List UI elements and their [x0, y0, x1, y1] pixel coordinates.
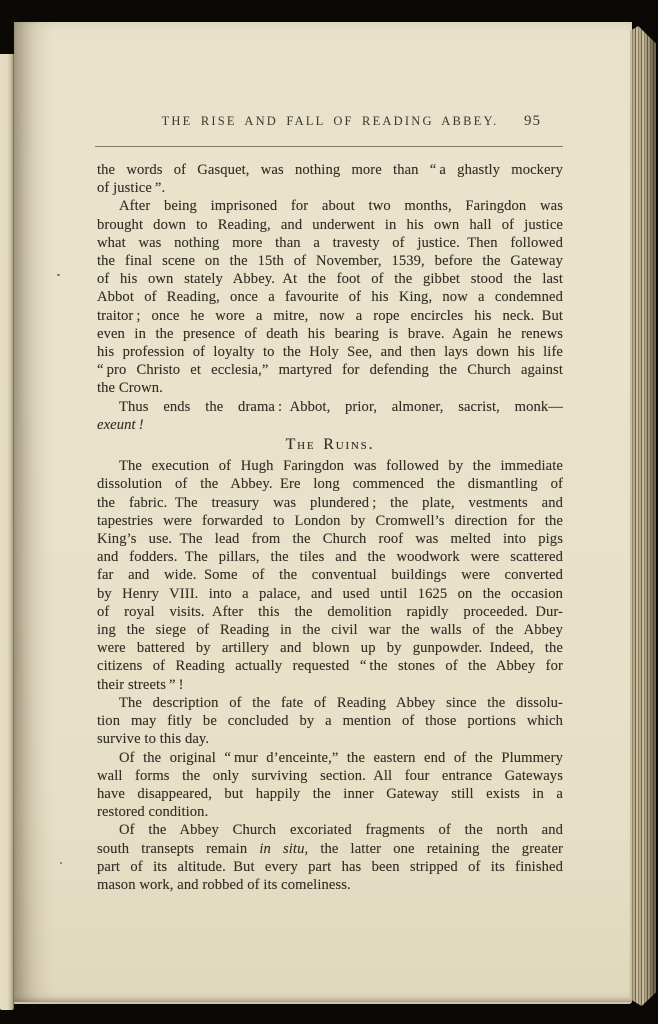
body-text: wall forms the only surviving section. A…	[97, 768, 563, 784]
text-line: even in the presence of death his bearin…	[97, 325, 563, 343]
body-text: citizens of Reading actually requested “…	[97, 658, 563, 674]
text-line: Of the original “ mur d’enceinte,” the e…	[97, 749, 563, 767]
text-line: of his own stately Abbey. At the foot of…	[97, 270, 563, 288]
body-text: what was nothing more than a travesty of…	[97, 235, 563, 251]
paragraph: Of the Abbey Church excoriated fragments…	[97, 821, 563, 894]
body-text: and fodders. The pillars, the tiles and …	[97, 549, 563, 565]
body-text: the final scene on the 15th of November,…	[97, 253, 563, 269]
section-heading: The Ruins.	[97, 436, 563, 454]
body-text: “ pro Christo et ecclesia,” martyred for…	[97, 362, 563, 378]
body-text: Of the Abbey Church excoriated fragments…	[119, 822, 563, 838]
text-line: the final scene on the 15th of November,…	[97, 252, 563, 270]
body-text: Of the original “ mur d’enceinte,” the e…	[119, 750, 563, 766]
text-line: the Crown.	[97, 379, 563, 397]
body-text: were battered by artillery and blown up …	[97, 640, 563, 656]
text-line: have disappeared, but happily the inner …	[97, 785, 563, 803]
body-text: Thus ends the drama : Abbot, prior, almo…	[119, 399, 563, 415]
body-text: of his own stately Abbey. At the foot of…	[97, 271, 563, 287]
body-text: The description of the fate of Reading A…	[119, 695, 563, 711]
text-line: part of its altitude. But every part has…	[97, 858, 563, 876]
text-line: the words of Gasquet, was nothing more t…	[97, 161, 563, 179]
body-text: by Henry VIII. into a palace, and used u…	[97, 586, 563, 602]
text-line: After being imprisoned for about two mon…	[97, 197, 563, 215]
page-speck	[60, 862, 62, 864]
text-line: The execution of Hugh Faringdon was foll…	[97, 457, 563, 475]
body-text: their streets ” !	[97, 677, 184, 693]
text-line: wall forms the only surviving section. A…	[97, 767, 563, 785]
body-text: restored condition.	[97, 804, 208, 820]
text-line: dissolution of the Abbey. Ere long comme…	[97, 475, 563, 493]
body-text: his profession of loyalty to the Holy Se…	[97, 344, 563, 360]
text-line: of justice ”.	[97, 179, 563, 197]
italic-text: exeunt !	[97, 417, 144, 433]
body-text: dissolution of the Abbey. Ere long comme…	[97, 476, 563, 492]
text-line: by Henry VIII. into a palace, and used u…	[97, 585, 563, 603]
text-line: far and wide. Some of the conventual bui…	[97, 566, 563, 584]
text-line: traitor ; once he wore a mitre, now a ro…	[97, 307, 563, 325]
text-line: Of the Abbey Church excoriated fragments…	[97, 821, 563, 839]
text-line: his profession of loyalty to the Holy Se…	[97, 343, 563, 361]
text-line: south transepts remain in situ, the latt…	[97, 840, 563, 858]
body-text: the fabric. The treasury was plundered ;…	[97, 495, 563, 511]
text-line: citizens of Reading actually requested “…	[97, 657, 563, 675]
body-text: Abbot of Reading, once a favourite of hi…	[97, 289, 563, 305]
paragraph: After being imprisoned for about two mon…	[97, 197, 563, 397]
body-text: survive to this day.	[97, 731, 209, 747]
body-text: , the latter one retaining the greater	[304, 841, 563, 857]
body-text: far and wide. Some of the conventual bui…	[97, 567, 563, 583]
body-text: the words of Gasquet, was nothing more t…	[97, 162, 563, 178]
body-text: south transepts remain	[97, 841, 259, 857]
text-block: the words of Gasquet, was nothing more t…	[97, 161, 563, 894]
text-line: tapestries were forwarded to London by C…	[97, 512, 563, 530]
text-line: Thus ends the drama : Abbot, prior, almo…	[97, 398, 563, 416]
body-text: the Crown.	[97, 380, 163, 396]
italic-text: in situ	[259, 841, 304, 857]
text-line: restored condition.	[97, 803, 563, 821]
text-line: The description of the fate of Reading A…	[97, 694, 563, 712]
text-line: their streets ” !	[97, 676, 563, 694]
body-text: After being imprisoned for about two mon…	[119, 198, 563, 214]
text-line: survive to this day.	[97, 730, 563, 748]
text-line: brought down to Reading, and underwent i…	[97, 216, 563, 234]
body-text: tapestries were forwarded to London by C…	[97, 513, 563, 529]
text-line: what was nothing more than a travesty of…	[97, 234, 563, 252]
body-text: traitor ; once he wore a mitre, now a ro…	[97, 308, 563, 324]
text-line: mason work, and robbed of its comeliness…	[97, 876, 563, 894]
body-text: ing the siege of Reading in the civil wa…	[97, 622, 563, 638]
body-text: of justice ”.	[97, 180, 165, 196]
paragraph: the words of Gasquet, was nothing more t…	[97, 161, 563, 197]
running-header: THE RISE AND FALL OF READING ABBEY. 95	[97, 114, 563, 134]
body-text: King’s use. The lead from the Church roo…	[97, 531, 563, 547]
body-text: of royal visits. After this the demoliti…	[97, 604, 563, 620]
paragraph: Thus ends the drama : Abbot, prior, almo…	[97, 398, 563, 434]
body-text: mason work, and robbed of its comeliness…	[97, 877, 351, 893]
page-speck	[57, 274, 60, 276]
text-line: and fodders. The pillars, the tiles and …	[97, 548, 563, 566]
paragraph: Of the original “ mur d’enceinte,” the e…	[97, 749, 563, 822]
text-line: King’s use. The lead from the Church roo…	[97, 530, 563, 548]
facing-page-edge	[0, 54, 14, 1010]
text-line: of royal visits. After this the demoliti…	[97, 603, 563, 621]
book-page: THE RISE AND FALL OF READING ABBEY. 95 t…	[14, 22, 632, 1004]
text-line: Abbot of Reading, once a favourite of hi…	[97, 288, 563, 306]
body-text: have disappeared, but happily the inner …	[97, 786, 563, 802]
book-scan: { "colors": { "background": "#0b0906", "…	[0, 0, 658, 1024]
body-text: tion may fitly be concluded by a mention…	[97, 713, 563, 729]
text-line: were battered by artillery and blown up …	[97, 639, 563, 657]
page-stack-fore-edge	[630, 26, 656, 1006]
text-line: the fabric. The treasury was plundered ;…	[97, 494, 563, 512]
paragraph: The execution of Hugh Faringdon was foll…	[97, 457, 563, 694]
body-text: even in the presence of death his bearin…	[97, 326, 563, 342]
paragraph: The description of the fate of Reading A…	[97, 694, 563, 749]
page-number: 95	[524, 113, 541, 130]
running-header-title: THE RISE AND FALL OF READING ABBEY.	[97, 114, 563, 129]
header-rule	[95, 146, 563, 147]
body-text: part of its altitude. But every part has…	[97, 859, 563, 875]
text-line: “ pro Christo et ecclesia,” martyred for…	[97, 361, 563, 379]
body-text: The execution of Hugh Faringdon was foll…	[119, 458, 563, 474]
text-line: exeunt !	[97, 416, 563, 434]
text-line: tion may fitly be concluded by a mention…	[97, 712, 563, 730]
text-line: ing the siege of Reading in the civil wa…	[97, 621, 563, 639]
body-text: brought down to Reading, and underwent i…	[97, 217, 563, 233]
